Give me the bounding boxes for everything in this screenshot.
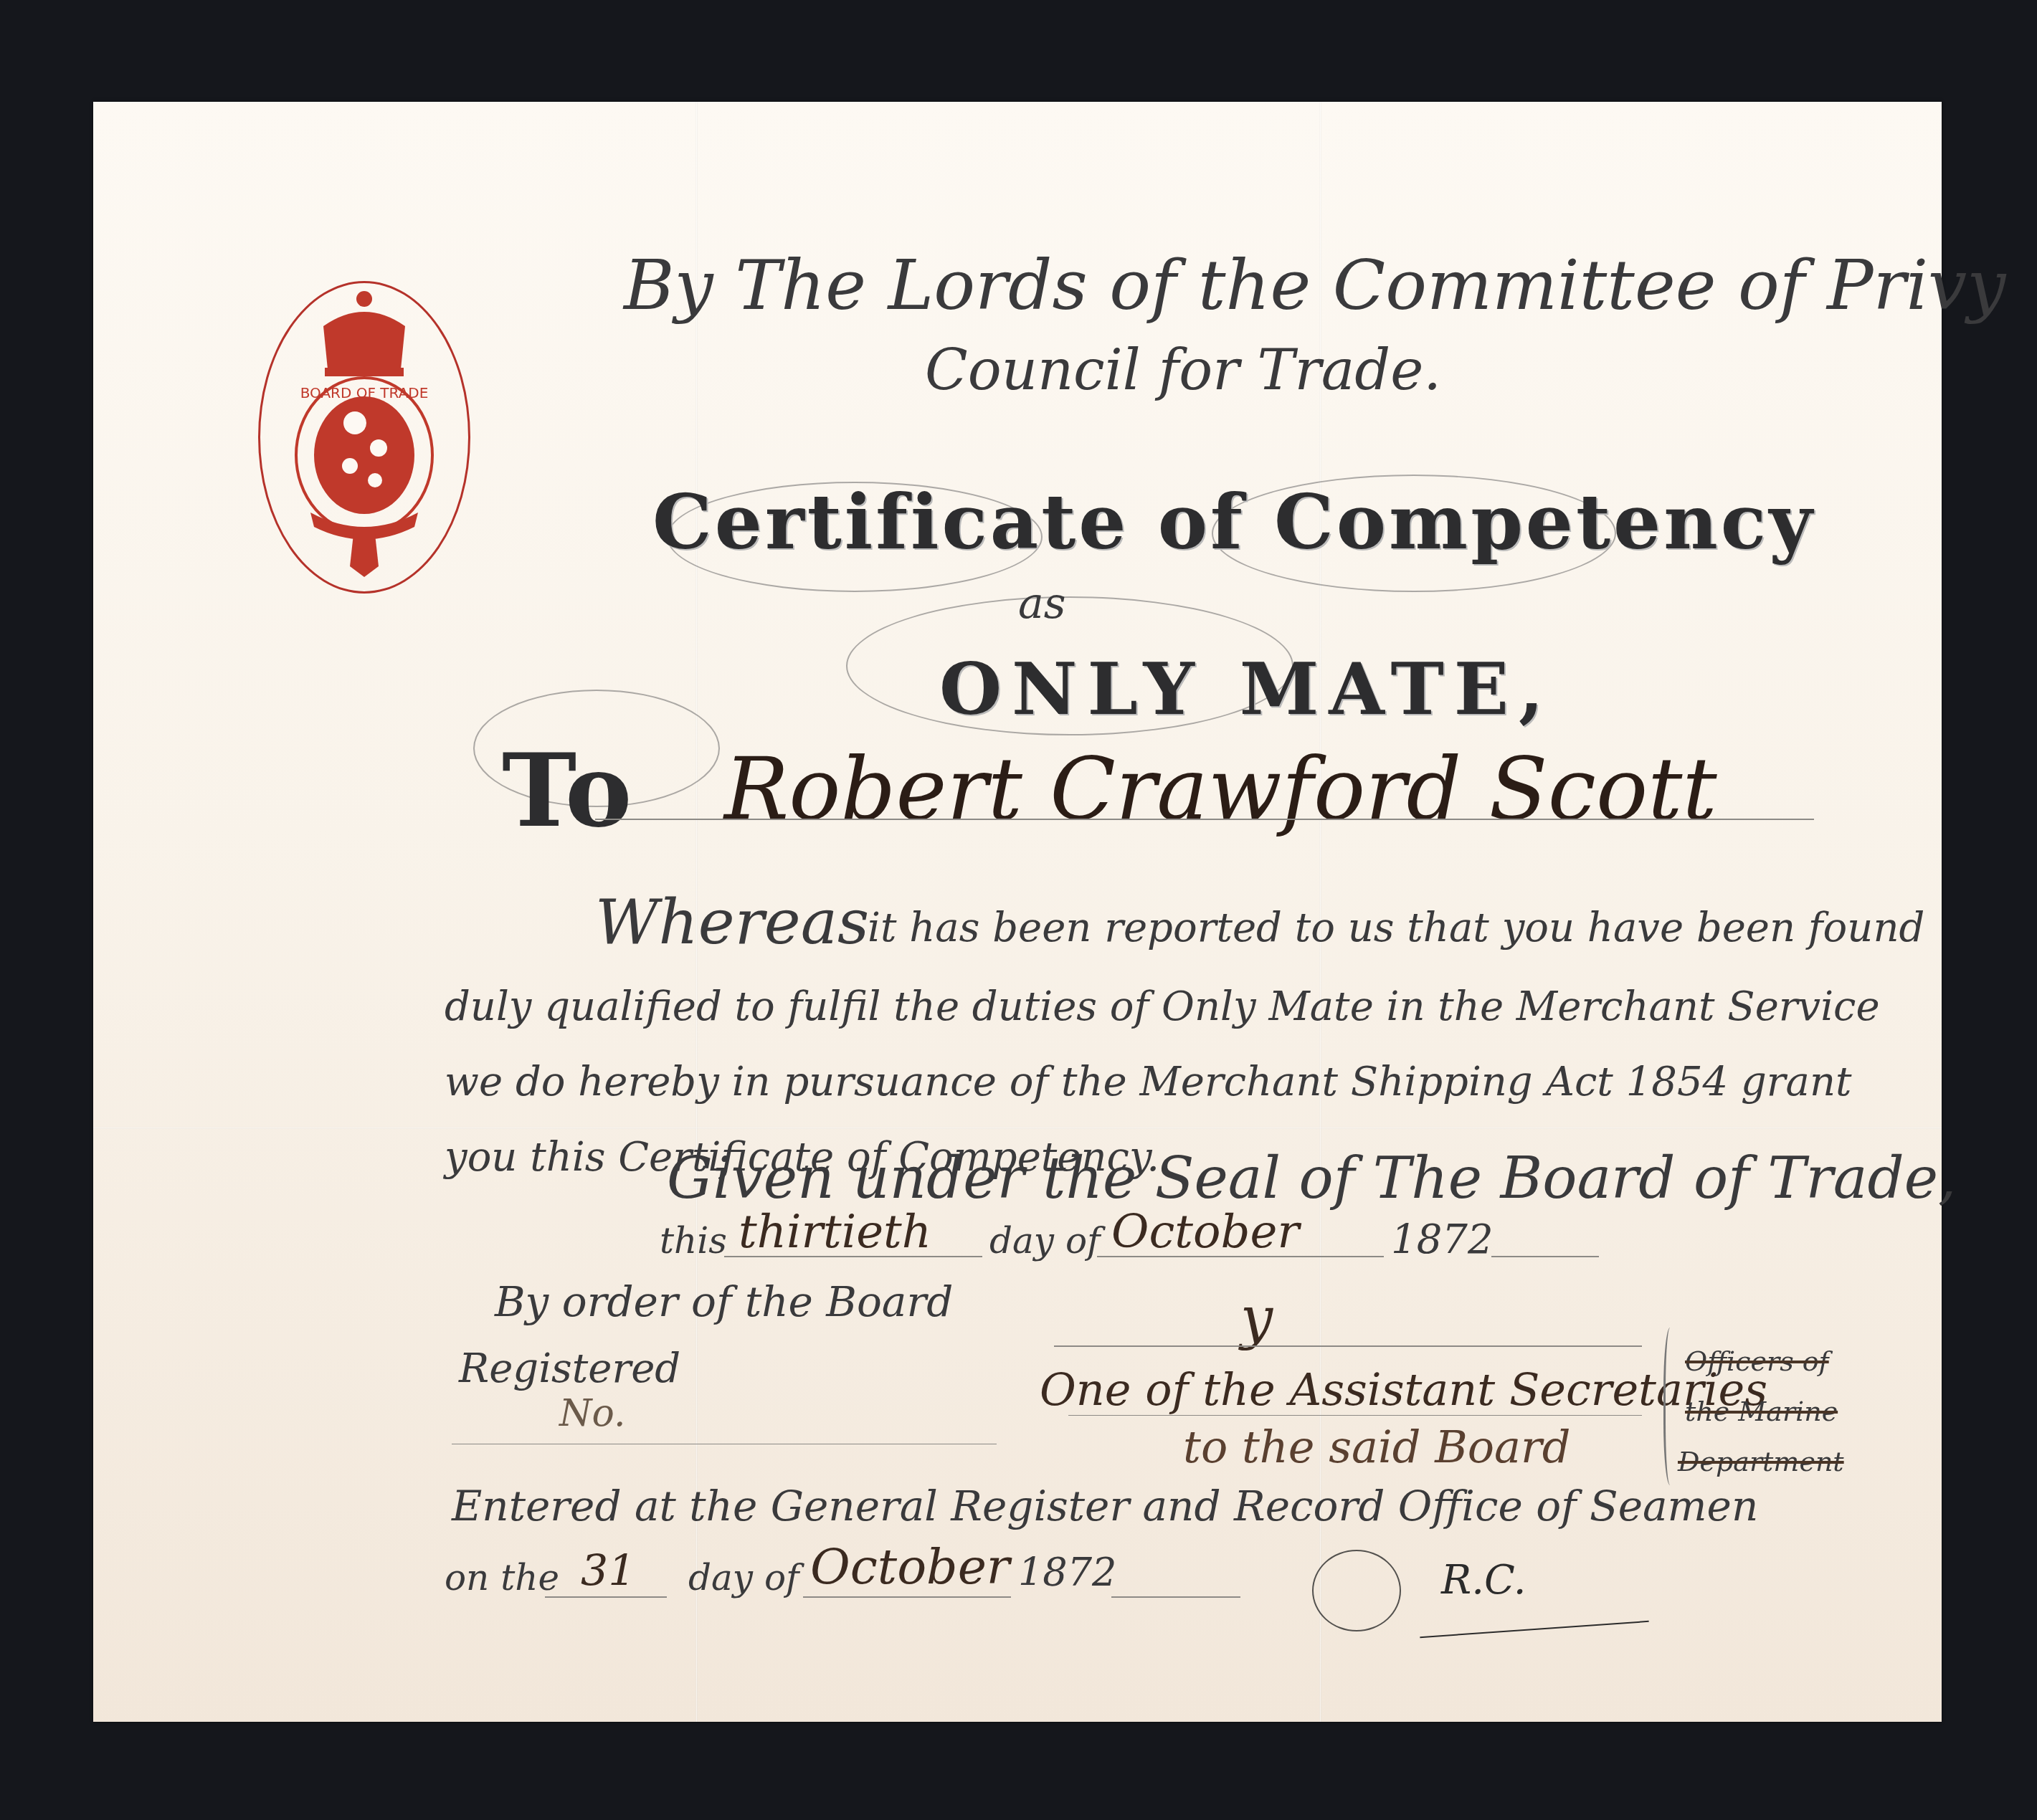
entered-day-of-label: day of	[688, 1557, 799, 1599]
struck-the-marine: the Marine	[1685, 1396, 1838, 1427]
given-this-label: this	[660, 1220, 727, 1262]
signature-title-line-2: to the said Board	[1183, 1421, 1570, 1473]
entered-year: 1872	[1018, 1550, 1116, 1595]
given-line: Given under the Seal of The Board of Tra…	[667, 1145, 1956, 1211]
entered-month-underline	[803, 1596, 1011, 1598]
given-day-value: thirtieth	[739, 1206, 931, 1259]
recipient-name: Robert Crawford Scott	[724, 740, 1717, 839]
given-day-of-label: day of	[989, 1220, 1101, 1262]
struck-department: Department	[1678, 1446, 1844, 1477]
initials-flourish	[1312, 1550, 1401, 1631]
to-label: To	[502, 733, 632, 850]
struck-officers-of: Officers of	[1685, 1345, 1829, 1377]
body-line-3: we do hereby in pursuance of the Merchan…	[445, 1059, 1852, 1105]
rank-title: ONLY MATE,	[939, 647, 1554, 731]
given-year: 1872	[1391, 1216, 1494, 1263]
heading-line-1: By The Lords of the Committee of Privy	[624, 245, 2006, 325]
month-underline	[1097, 1256, 1384, 1257]
svg-text:BOARD OF TRADE: BOARD OF TRADE	[300, 384, 429, 401]
registered-underline	[452, 1444, 997, 1444]
signature-line	[1054, 1345, 1642, 1347]
entered-day-underline	[545, 1596, 667, 1598]
entered-day-value: 31	[581, 1546, 635, 1596]
heading-line-2: Council for Trade.	[925, 338, 1441, 403]
as-label: as	[1018, 578, 1066, 629]
registered-label: Registered	[459, 1345, 680, 1392]
fold-line	[93, 1127, 1942, 1129]
signature-mark: y	[1240, 1285, 1273, 1351]
body-whereas: Whereas	[595, 887, 869, 958]
entered-year-underline	[1111, 1596, 1240, 1598]
day-underline	[724, 1256, 982, 1257]
year-underline	[1491, 1256, 1599, 1257]
entered-on-the-label: on the	[445, 1557, 559, 1599]
recipient-underline	[595, 819, 1814, 820]
entered-initials: R.C.	[1441, 1557, 1526, 1604]
entered-month-value: October	[810, 1539, 1010, 1596]
signature-title-underline	[1068, 1415, 1642, 1416]
initials-flourish-tail	[1420, 1621, 1648, 1638]
given-month-value: October	[1111, 1206, 1299, 1259]
signature-title-line-1: One of the Assistant Secretaries	[1040, 1363, 1767, 1416]
registered-number-label: No.	[559, 1392, 625, 1435]
board-of-trade-seal: BOARD OF TRADE	[258, 281, 470, 594]
body-line-2: duly qualified to fulfil the duties of O…	[445, 983, 1880, 1030]
entered-line: Entered at the General Register and Reco…	[452, 1482, 1758, 1530]
crown-rose-badge-icon: BOARD OF TRADE	[260, 283, 468, 591]
by-order-label: By order of the Board	[495, 1277, 953, 1326]
body-line-1: it has been reported to us that you have…	[868, 905, 1924, 951]
certificate-title: Certificate of Competency	[652, 478, 1815, 566]
certificate-paper: BOARD OF TRADE By The Lords of the Commi…	[93, 102, 1942, 1722]
